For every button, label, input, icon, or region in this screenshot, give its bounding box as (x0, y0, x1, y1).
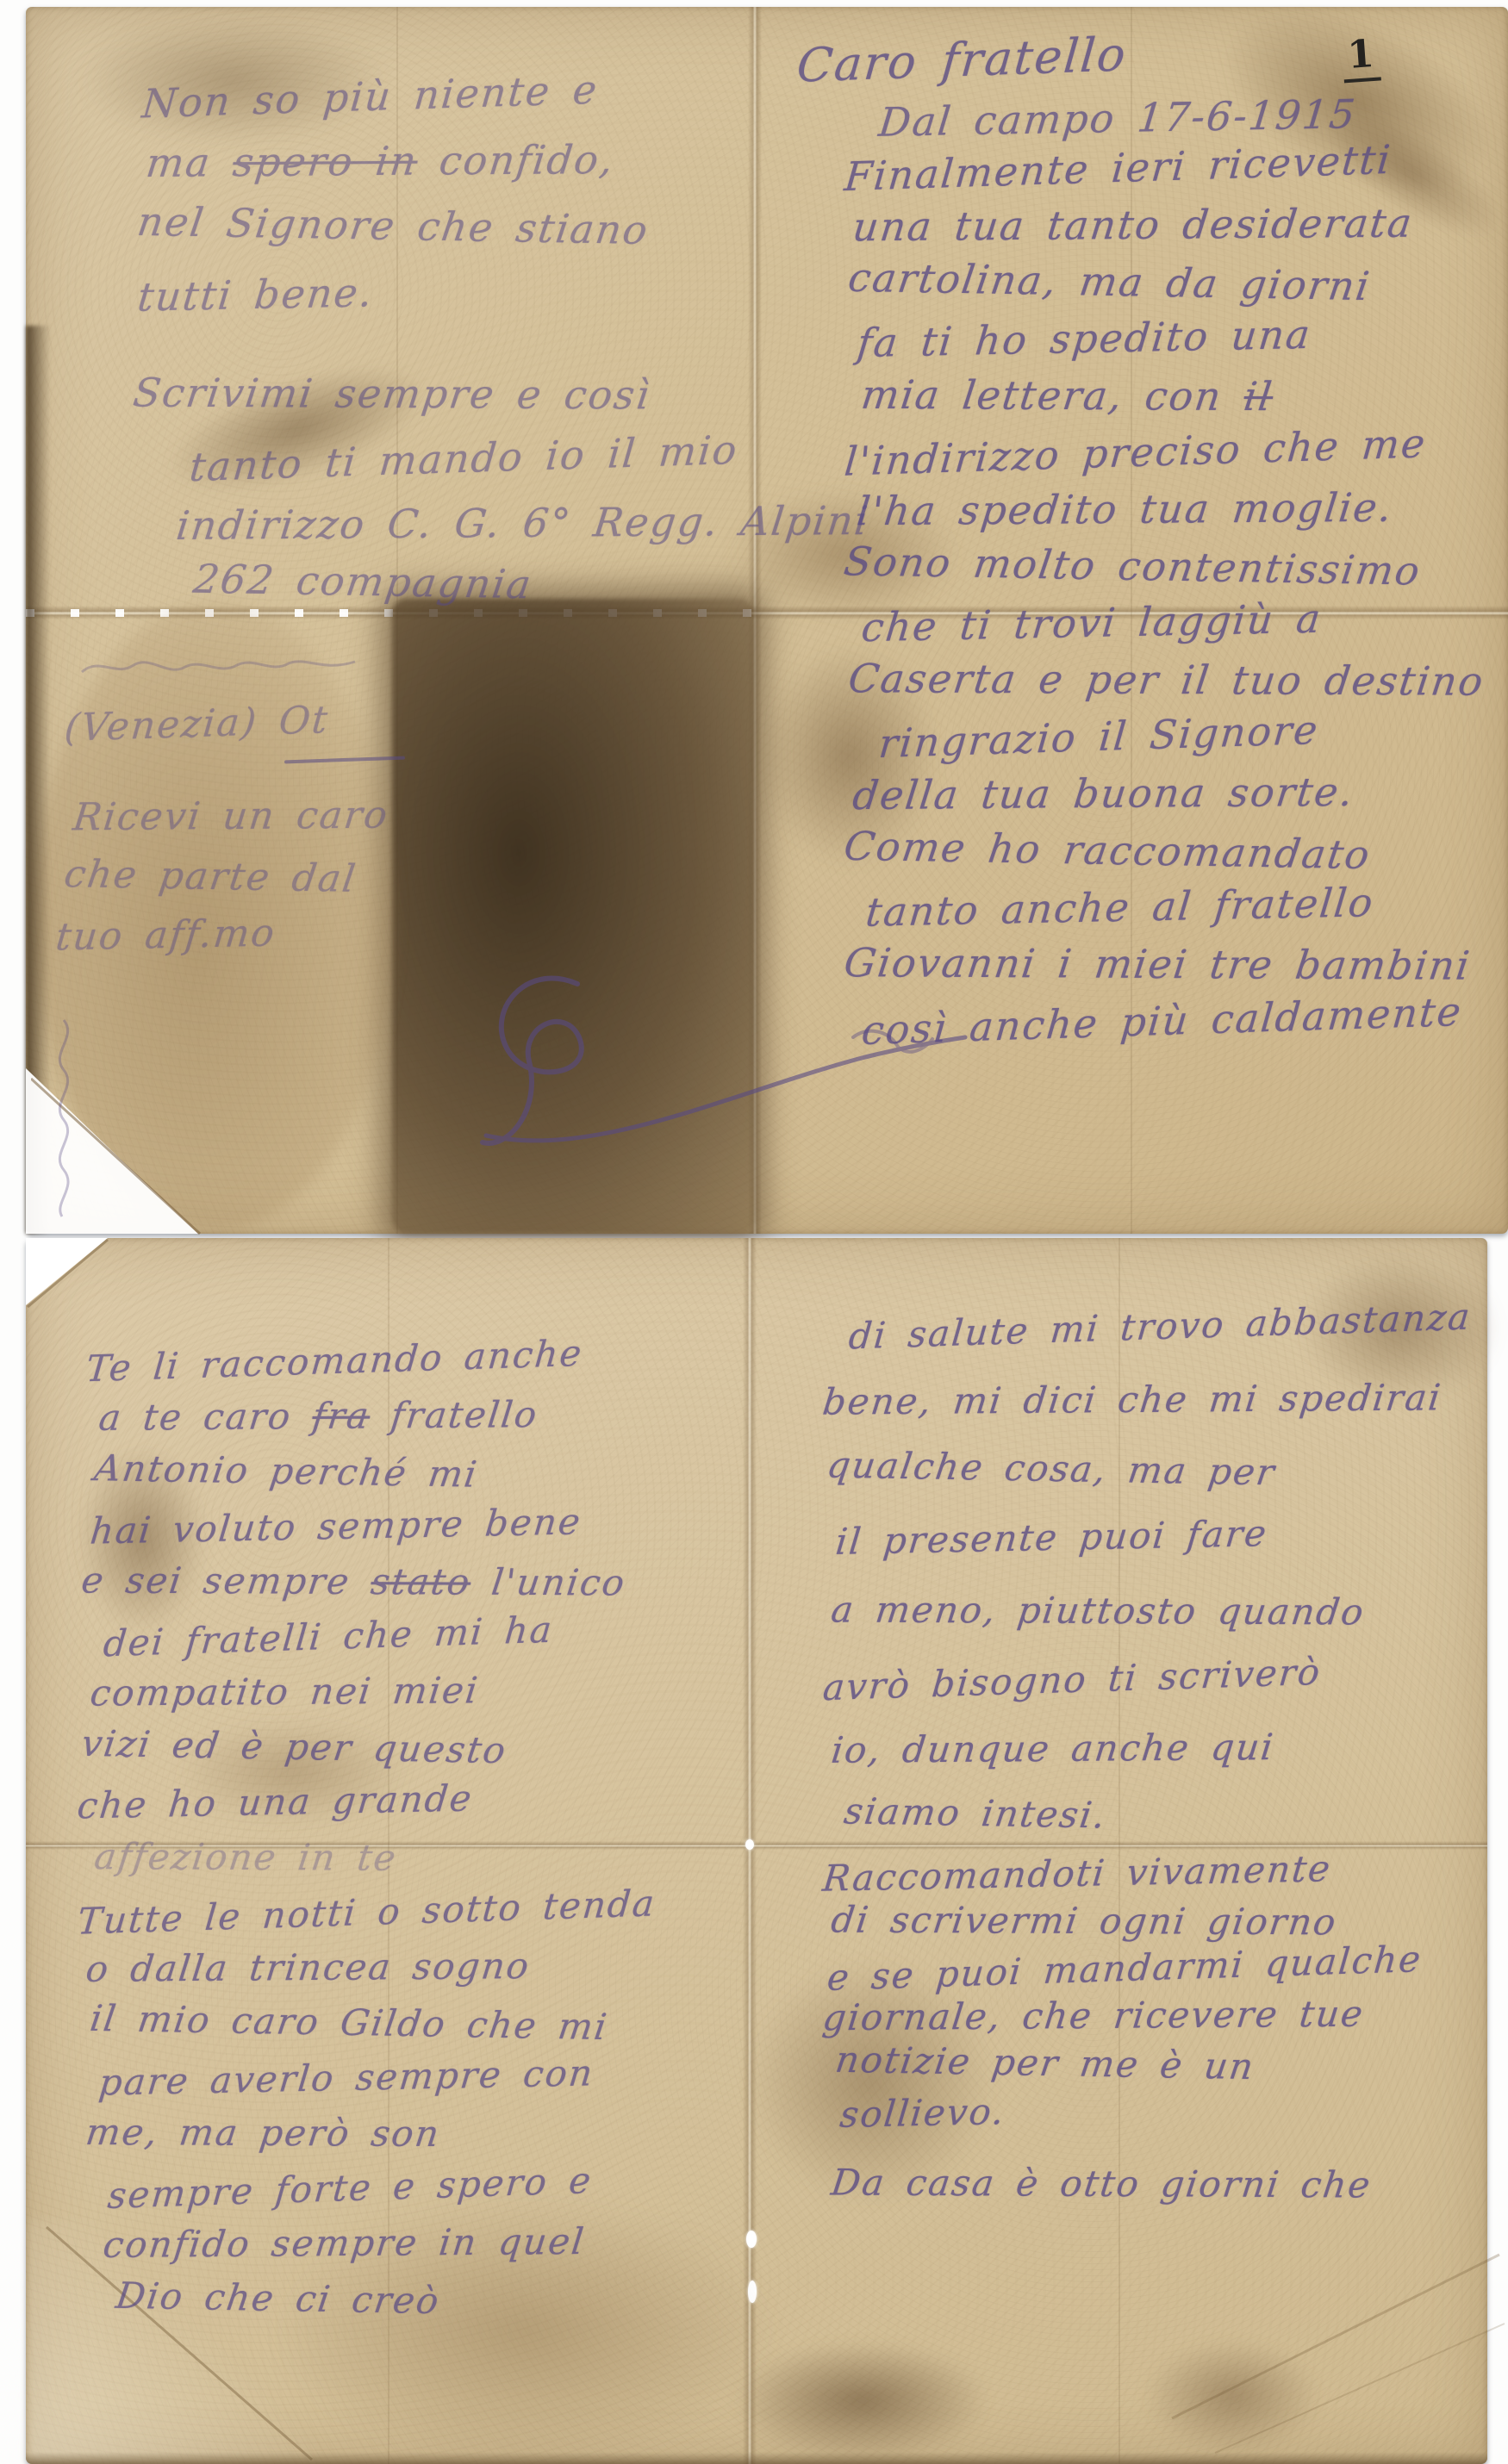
handwritten-line: fa ti ho spedito una (855, 311, 1313, 366)
handwritten-line: cartolina, ma da giorni (845, 254, 1374, 309)
center-fold-crease (743, 1238, 757, 2464)
handwritten-line: tanto anche al fratello (863, 879, 1376, 936)
handwritten-line: pare averlo sempre con (97, 2051, 596, 2103)
handwritten-line: compatito nei miei (88, 1669, 481, 1714)
fold-corner-line (26, 1238, 112, 1310)
handwritten-line: dei fratelli che mi ha (102, 1608, 555, 1665)
handwritten-line: me, ma però son (84, 2111, 443, 2155)
handwritten-line: giornale, che ricevere tue (820, 1993, 1367, 2039)
handwritten-line: a meno, piuttosto quando (829, 1589, 1368, 1633)
handwritten-line: Sono molto contentissimo (841, 538, 1424, 594)
heavy-stain-panel (392, 599, 754, 1234)
fold-stitch-holes (26, 609, 754, 617)
handwritten-line: mia lettera, con il (859, 371, 1276, 420)
handwritten-line: Ricevi un caro (71, 793, 391, 840)
handwritten-line: o dalla trincea sogno (84, 1944, 533, 1990)
torn-edge (26, 326, 50, 1234)
handwritten-line: Finalmente ieri ricevetti (843, 136, 1394, 200)
handwritten-line: l'indirizzo preciso che me (843, 420, 1429, 485)
quarter-crease (396, 7, 398, 1234)
fold-corner-line (31, 1073, 203, 1237)
handwritten-line: che ti trovi laggiù a (859, 595, 1324, 651)
handwritten-line: indirizzo C. G. 6° Regg. Alpini (174, 497, 872, 549)
handwritten-line: Da casa è otto giorni che (829, 2161, 1374, 2206)
handwritten-line: il mio caro Gildo che mi (88, 1997, 611, 2048)
handwritten-line: e sei sempre stato l'unico (79, 1559, 628, 1603)
handwritten-line: Antonio perché mi (92, 1447, 481, 1495)
stain (146, 336, 449, 522)
handwritten-line: io, dunque anche qui (829, 1726, 1276, 1771)
handwritten-line: che ho una grande (76, 1776, 476, 1826)
handwritten-line: Come ho raccomandato (841, 823, 1374, 878)
handwritten-line: di salute mi trovo abbastanza (847, 1295, 1474, 1357)
handwritten-line: siamo intesi. (842, 1789, 1110, 1836)
handwritten-line: tuo aff.mo (53, 911, 277, 959)
stain (1146, 2341, 1318, 2453)
struck-word: spero in (231, 138, 421, 186)
struck-word: fra (310, 1395, 372, 1438)
handwritten-line: vizi ed è per questo (79, 1722, 510, 1771)
handwritten-line: l'ha spedito tua moglie. (855, 484, 1396, 535)
handwritten-line: il presente puoi fare (834, 1512, 1270, 1563)
handwritten-line: tutti bene. (135, 269, 376, 320)
handwritten-line: Non so più niente e (140, 66, 601, 128)
handwritten-line: bene, mi dici che mi spedirai (820, 1376, 1444, 1422)
handwritten-line: sollievo. (838, 2090, 1007, 2136)
underline-flourish (284, 756, 405, 764)
handwritten-line: Caserta e per il tuo destino (846, 655, 1487, 705)
struck-word: il (1241, 373, 1275, 420)
handwritten-line: sempre forte e spero e (106, 2159, 595, 2217)
handwritten-line: hai voluto sempre bene (89, 1500, 584, 1552)
struck-word: stato (369, 1560, 474, 1603)
letter-scan: 1 Caro fratello Dal campo 17-6-1915 Non … (0, 0, 1508, 2464)
letter-sheet-1: 1 Caro fratello Dal campo 17-6-1915 Non … (26, 7, 1508, 1234)
handwritten-line: (Venezia) Ot (63, 698, 331, 750)
handwritten-line: qualche cosa, ma per (825, 1444, 1279, 1494)
stain (732, 2341, 991, 2461)
fold-hole (748, 2280, 757, 2303)
handwritten-line: Tutte le notti o sotto tenda (76, 1882, 657, 1942)
handwritten-line: Scrivimi sempre e così (131, 370, 654, 419)
handwritten-line: a te caro fra fratello (97, 1393, 540, 1439)
handwritten-line: una tua tanto desiderata (851, 200, 1416, 251)
handwritten-line: Dio che ci creò (114, 2274, 443, 2322)
handwritten-line: affezione in te (92, 1835, 400, 1879)
faint-illegible-line (78, 651, 362, 682)
cut-corner (26, 1238, 108, 1305)
center-fold-crease (748, 7, 762, 1234)
handwritten-line: notizie per me è un (833, 2038, 1258, 2088)
letter-dateline: Dal campo 17-6-1915 (876, 90, 1359, 146)
bottom-edge-shadow (26, 2452, 1487, 2464)
letter-heading: Caro fratello (795, 27, 1129, 93)
handwritten-line: ringrazio il Signore (877, 706, 1321, 767)
fold-hole (746, 2231, 757, 2248)
handwritten-line: di scrivermi ogni giorno (829, 1899, 1340, 1944)
fold-hole (745, 1839, 754, 1850)
handwritten-line: ma spero in confido, (144, 136, 617, 186)
page-number: 1 (1341, 32, 1380, 84)
handwritten-line: avrò bisogno ti scriverò (821, 1651, 1324, 1709)
handwritten-line: e se puoi mandarmi qualche (826, 1938, 1424, 1999)
handwritten-line: Giovanni i miei tre bambini (842, 939, 1474, 989)
margin-note-squiggle (38, 1015, 86, 1222)
cut-corner (26, 1068, 198, 1234)
handwritten-line: Raccomandoti vivamente (821, 1847, 1334, 1900)
letter-sheet-2: Te li raccomando anchea te caro fra frat… (26, 1238, 1487, 2464)
handwritten-line: della tua buona sorte. (851, 768, 1357, 818)
handwritten-line: confido sempre in quel (101, 2220, 587, 2266)
handwritten-line: tanto ti mando io il mio (188, 426, 740, 490)
handwritten-line: nel Signore che stiano (134, 198, 651, 253)
handwritten-line: 262 compagnia (190, 556, 535, 608)
handwritten-line: così anche più caldamente (860, 988, 1465, 1054)
diagonal-crease (1163, 2203, 1508, 2461)
handwritten-line: Te li raccomando anche (84, 1332, 585, 1390)
handwritten-line: che parte dal (61, 852, 359, 901)
